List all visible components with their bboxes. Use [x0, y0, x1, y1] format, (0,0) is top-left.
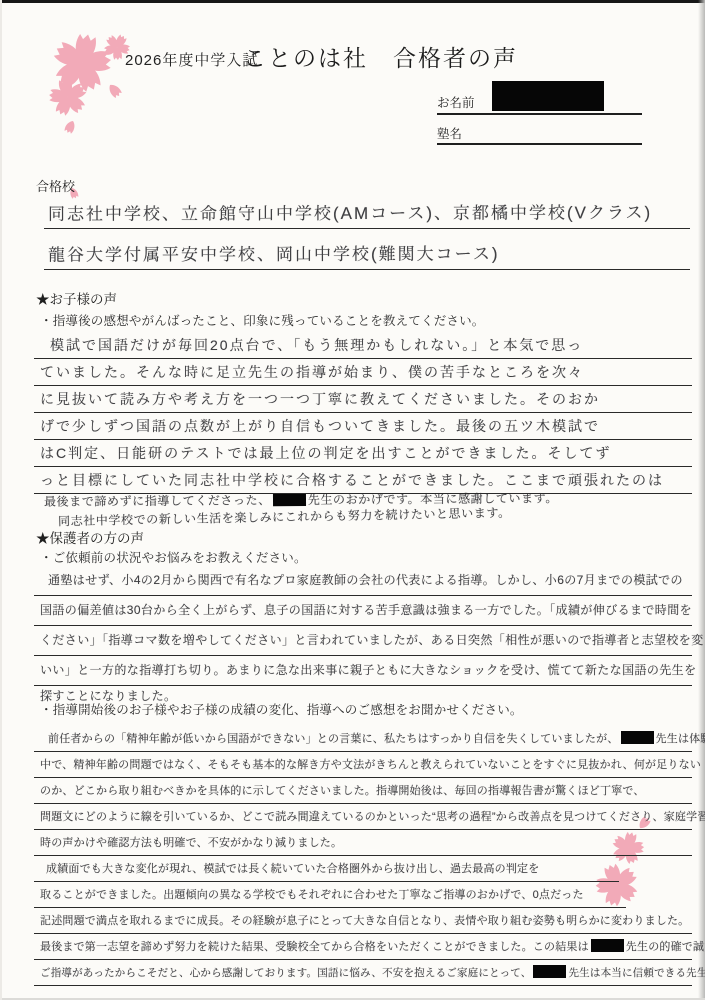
ruled-line — [34, 595, 692, 596]
handwritten-line: 通塾はせず、小4の2月から関西で有名なプロ家庭教師の会社の代表による指導。しかし… — [40, 565, 698, 595]
exam-year-label: 2026年度中学入試 — [125, 49, 258, 70]
ruled-line — [34, 777, 692, 778]
scan-edge-left — [0, 0, 2, 1000]
redaction-box — [591, 939, 624, 952]
accepted-schools-line-2: 龍谷大学付属平安中学校、岡山中学校(難関大コース) — [48, 239, 500, 265]
accepted-schools-label: 合格校 — [36, 176, 75, 195]
handwritten-line: 成績面でも大きな変化が現れ、模試では長く続いていた合格圏外から抜け出し、過去最高… — [40, 856, 698, 882]
ruled-line — [44, 228, 690, 229]
ruled-line — [34, 358, 692, 359]
handwritten-line: のか、どこから取り組むべきかを具体的に示してくださいました。指導開始後は、毎回の… — [40, 778, 698, 804]
ruled-line — [34, 655, 692, 656]
ruled-line — [34, 412, 692, 413]
redaction-box-name — [492, 81, 604, 111]
redaction-box — [621, 731, 654, 744]
redaction-box — [533, 965, 566, 978]
child-voice-question: ・指導後の感想やがんばったこと、印象に残っていることを教えてください。 — [40, 311, 485, 329]
parent-voice-heading: ★保護者の方の声 — [36, 527, 144, 547]
handwritten-line: 問題文にどのように線を引いているか、どこで読み間違えているのかといった“思考の過… — [40, 804, 698, 830]
ruled-line — [34, 685, 692, 686]
handwritten-line: 記述問題で満点を取れるまでに成長。その経験が息子にとって大きな自信となり、表情や… — [40, 908, 698, 934]
scanned-testimonial-form: 2026年度中学入試 ことのは社 合格者の声 お名前 塾名 合格校 同志社中学校… — [0, 0, 705, 1000]
handwritten-line: はC判定、日能研のテストでは最上位の判定を出すことができました。そしてず — [40, 440, 698, 467]
handwritten-line: ていました。そんな時に足立先生の指導が始まり、僕の苦手なところを次々 — [40, 359, 698, 386]
ruled-line — [34, 907, 626, 908]
handwritten-line: 国語の偏差値は30台から全く上がらず、息子の国語に対する苦手意識は強まる一方でし… — [40, 595, 698, 625]
handwritten-line: 最後まで第一志望を諦めず努力を続けた結果、受験校全てから合格をいただくことができ… — [40, 934, 698, 960]
handwritten-line: ご指導があったからこそだと、心から感謝しております。国語に悩み、不安を抱えるご家… — [40, 960, 698, 986]
juku-label: 塾名 — [437, 124, 462, 142]
ruled-line — [34, 959, 692, 960]
handwritten-line: いい」と一方的な指導打ち切り。あまりに急な出来事に親子ともに大きなショックを受け… — [40, 655, 698, 685]
ruled-line — [34, 439, 692, 440]
redaction-box — [273, 493, 306, 506]
name-field: お名前 — [437, 80, 642, 115]
scan-edge-top — [0, 0, 705, 3]
child-voice-heading: ★お子様の声 — [36, 288, 117, 308]
ruled-line — [34, 855, 692, 856]
ruled-line — [34, 625, 692, 626]
handwritten-line: ください」「指導コマ数を増やしてください」と言われていましたが、ある日突然「相性… — [40, 625, 698, 655]
parent-question-1: ・ご依頼前の状況やお悩みをお教えください。 — [40, 548, 307, 566]
ruled-line — [34, 985, 692, 986]
handwritten-line: 時の声かけや確認方法も明確で、不安がかなり減りました。 — [40, 830, 698, 856]
handwritten-line: に見抜いて読み方や考え方を一つ一つ丁寧に教えてくださいました。そのおか — [40, 386, 698, 413]
handwritten-line: 模試で国語だけが毎回20点台で、「もう無理かもしれない。」と本気で思っ — [40, 332, 698, 359]
accepted-schools-line-1: 同志社中学校、立命館守山中学校(AMコース)、京都橘中学校(Vクラス) — [48, 198, 652, 225]
handwritten-line: 取ることができました。出題傾向の異なる学校でもそれぞれに合わせた丁寧なご指導のお… — [40, 882, 698, 908]
handwritten-line: げで少しずつ国語の点数が上がり自信もついてきました。最後の五ツ木模試で — [40, 413, 698, 440]
ruled-line — [34, 751, 692, 752]
ruled-line — [44, 269, 690, 270]
ruled-line — [34, 829, 692, 830]
juku-field: 塾名 — [437, 126, 642, 145]
scan-edge-right — [698, 0, 705, 1000]
ruled-line — [34, 803, 692, 804]
ruled-line — [34, 933, 692, 934]
name-label: お名前 — [437, 93, 475, 111]
ruled-line — [34, 385, 692, 386]
parent-question-2: ・指導開始後のお子様やお子様の成績の変化、指導へのご感想をお聞かせください。 — [40, 700, 523, 718]
ruled-line — [34, 881, 619, 882]
ruled-line — [34, 466, 692, 467]
page-title: ことのは社 合格者の声 — [243, 40, 518, 73]
handwritten-line: 中で、精神年齢の問題ではなく、そもそも基本的な解き方や文法がきちんと教えられてい… — [40, 752, 698, 778]
handwritten-line: 前任者からの「精神年齢が低いから国語ができない」との言葉に、私たちはすっかり自信… — [40, 726, 698, 752]
ruled-line — [34, 493, 692, 494]
